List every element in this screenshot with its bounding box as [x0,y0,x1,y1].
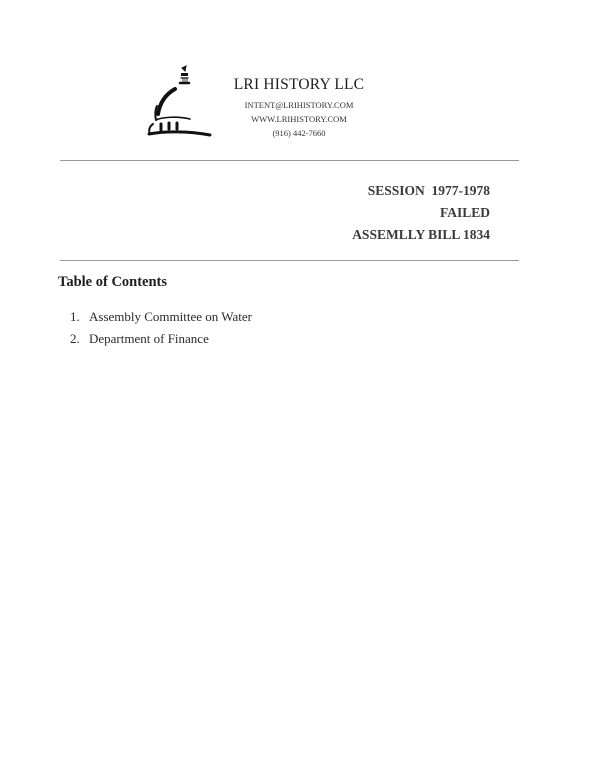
bill-info: SESSION 1977-1978 FAILED ASSEMLLY BILL 1… [352,180,490,246]
company-website[interactable]: WWW.LRIHISTORY.COM [226,112,372,126]
company-phone: (916) 442-7660 [226,126,372,140]
company-name: LRI HISTORY LLC [226,76,372,94]
company-email[interactable]: INTENT@LRIHISTORY.COM [226,98,372,112]
toc-title: Table of Contents [58,274,167,291]
bill-name: ASSEMLLY BILL 1834 [352,224,490,246]
company-info: LRI HISTORY LLC INTENT@LRIHISTORY.COM WW… [226,76,372,140]
toc-item-label: Assembly Committee on Water [89,309,252,324]
toc-item-number: 2. [70,328,89,350]
toc-item-department-of-finance[interactable]: 2.Department of Finance [70,328,252,350]
toc-list: 1.Assembly Committee on Water 2.Departme… [70,306,252,350]
capitol-dome-icon [144,64,214,140]
session-label: SESSION 1977-1978 [352,180,490,202]
bill-status: FAILED [352,202,490,224]
toc-item-assembly-committee-on-water[interactable]: 1.Assembly Committee on Water [70,306,252,328]
divider-top [60,160,519,161]
toc-item-label: Department of Finance [89,331,209,346]
toc-item-number: 1. [70,306,89,328]
divider-bottom [60,260,519,261]
